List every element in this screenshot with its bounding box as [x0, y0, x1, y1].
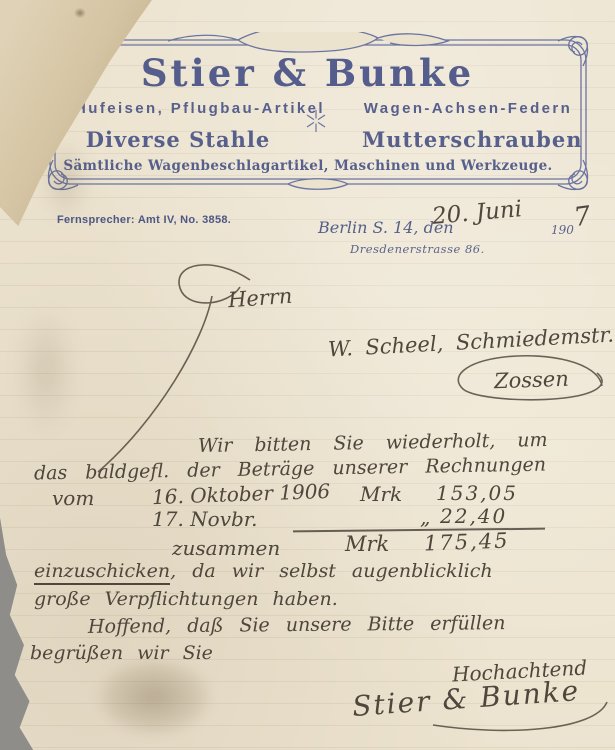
- body-line-6: einzuschicken, da wir selbst augenblickl…: [34, 560, 493, 582]
- letterhead-right-line1: Wagen-Achsen-Federn: [362, 100, 574, 117]
- invoice-row2-amount: 22,40: [440, 504, 507, 528]
- printed-year-prefix: 190: [551, 223, 574, 237]
- letterhead-left-line1: Hufeisen, Pflugbau-Artikel: [62, 100, 338, 117]
- body-line-8: Hoffend, daß Sie unsere Bitte erfüllen: [88, 612, 506, 638]
- asterisk-star-ornament-icon: [303, 108, 329, 134]
- paper-sheet: Stier & Bunke Hufeisen, Pflugbau-Artikel…: [0, 0, 615, 750]
- invoice-row2-ditto: „: [420, 505, 430, 529]
- handwritten-year-digit: 7: [572, 201, 593, 233]
- top-ribbon-icon: [168, 32, 448, 52]
- body-line-7: große Verpflichtungen haben.: [34, 588, 338, 610]
- invoice-total-currency: Mrk: [345, 532, 389, 556]
- invoice-row1-currency: Mrk: [360, 482, 402, 506]
- after-underlined-text: , da wir selbst augenblicklich: [170, 560, 492, 582]
- letterhead-right-line2: Mutterschrauben: [362, 127, 578, 152]
- scanned-letter: Stier & Bunke Hufeisen, Pflugbau-Artikel…: [0, 0, 615, 750]
- invoice-total-amount: 175,45: [424, 529, 510, 556]
- body-line-1: Wir bitten Sie wiederholt, um: [198, 429, 548, 457]
- salutation-descender: [98, 296, 212, 472]
- invoice-row1-amount: 153,05: [436, 481, 518, 505]
- salutation: Herrn: [227, 284, 293, 312]
- letterhead-tagline: Sämtliche Wagenbeschlagartikel, Maschine…: [58, 158, 558, 174]
- invoice-row2-date: 17. Novbr.: [152, 507, 258, 531]
- recipient-name: W. Scheel, Schmiedemstr.: [328, 323, 615, 362]
- signature: Stier & Bunke: [351, 674, 581, 723]
- body-line-9: begrüßen wir Sie: [30, 642, 213, 664]
- recipient-city: Zossen: [494, 367, 570, 394]
- invoice-total-label: zusammen: [172, 536, 280, 560]
- letterhead-left-line2: Diverse Stahle: [62, 127, 294, 152]
- underlined-word: einzuschicken: [34, 560, 170, 585]
- street-line: Dresdenerstrasse 86.: [350, 242, 485, 256]
- invoice-row1-date: 16. Oktober 1906: [152, 479, 331, 509]
- telephone-line: Fernsprecher: Amt IV, No. 3858.: [57, 214, 231, 226]
- invoice-row1-label: vom: [52, 486, 94, 510]
- stain-left-edge: [4, 280, 88, 460]
- corner-stain-speck: [72, 6, 88, 20]
- bottom-lens-icon: [288, 179, 348, 190]
- handwritten-date: 20. Juni: [431, 196, 523, 230]
